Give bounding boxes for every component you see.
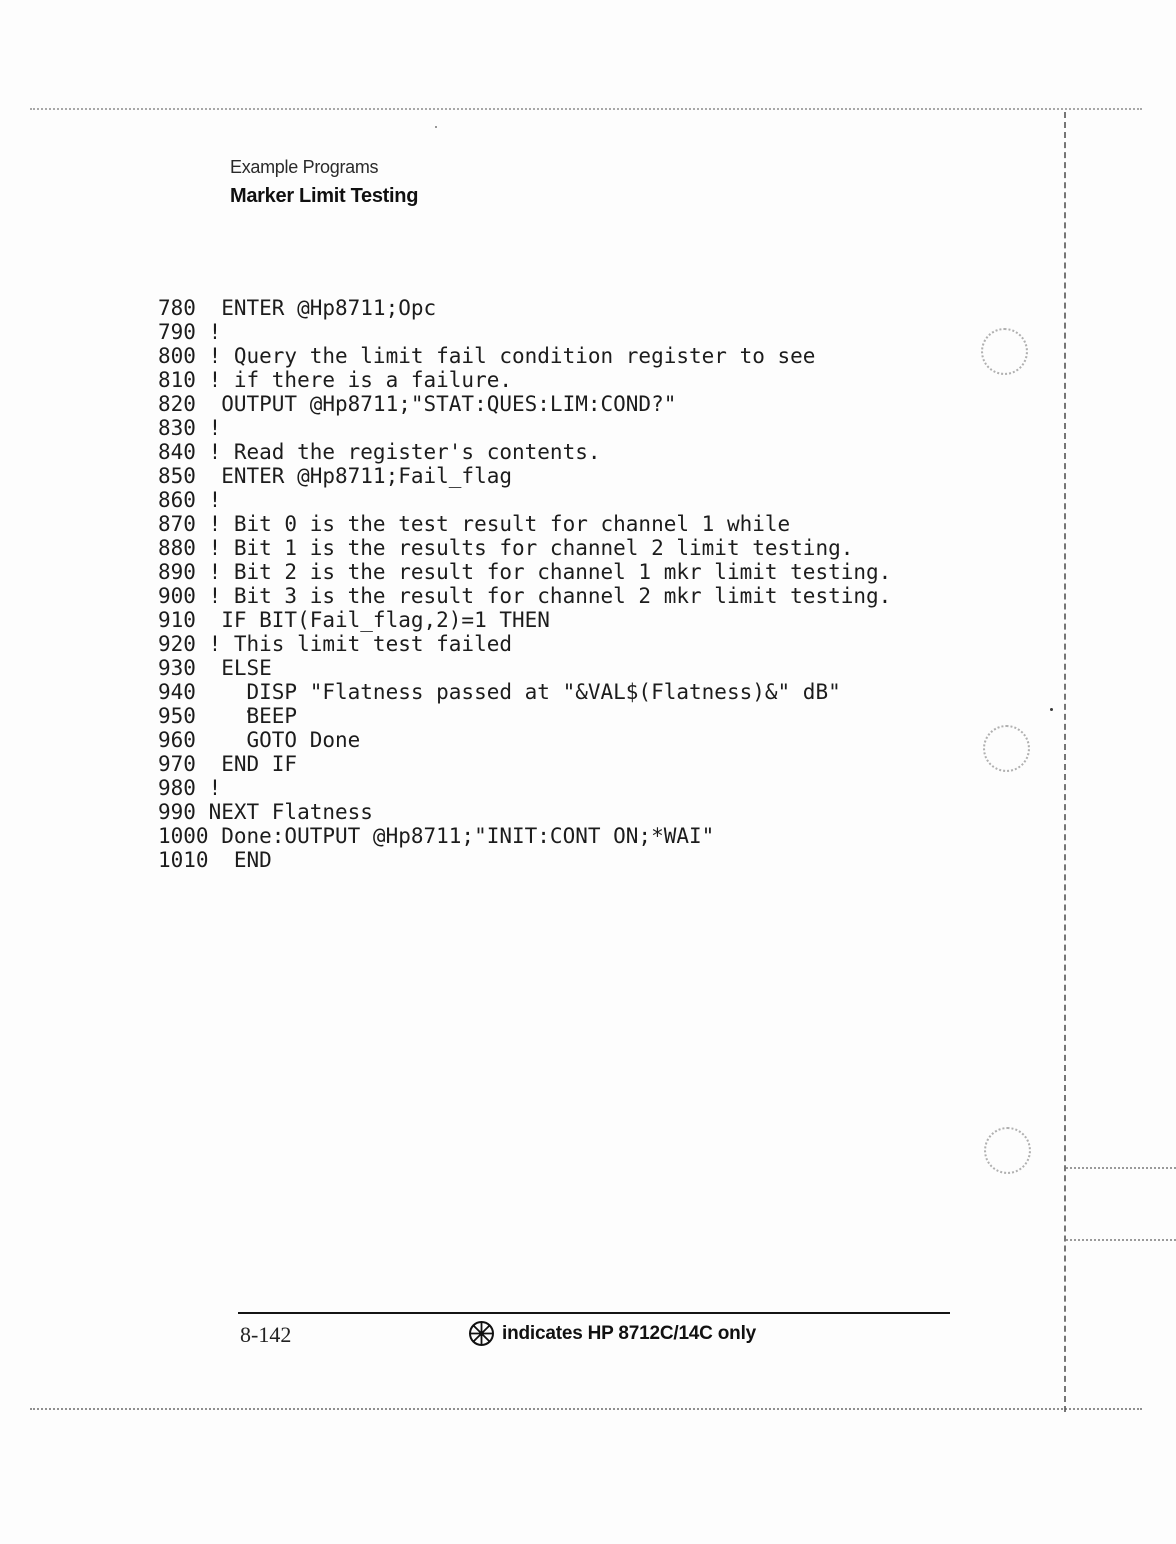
binder-tick-line-upper [1066,1167,1176,1169]
footer-note: indicates HP 8712C/14C only [468,1320,756,1347]
scan-speck [435,126,437,128]
manual-page: Example Programs Marker Limit Testing 78… [0,0,1176,1544]
punch-hole-top [981,328,1028,375]
page-number: 8-142 [240,1322,291,1348]
punch-hole-bottom [984,1127,1031,1174]
code-listing: 780 ENTER @Hp8711;Opc 790 ! 800 ! Query … [158,296,891,872]
punch-hole-middle [983,725,1030,772]
circled-asterisk-icon [468,1320,495,1347]
scan-speck [1050,708,1053,711]
footer-rule [238,1312,950,1314]
binder-tick-line-lower [1066,1239,1176,1241]
binder-guide-line [1064,112,1066,1412]
perforation-line-bottom [30,1408,1142,1410]
perforation-line-top [30,108,1142,110]
running-head: Example Programs Marker Limit Testing [230,157,418,208]
breadcrumb: Example Programs [230,157,418,178]
footer-note-text: indicates HP 8712C/14C only [502,1323,756,1345]
page-title: Marker Limit Testing [230,185,418,208]
